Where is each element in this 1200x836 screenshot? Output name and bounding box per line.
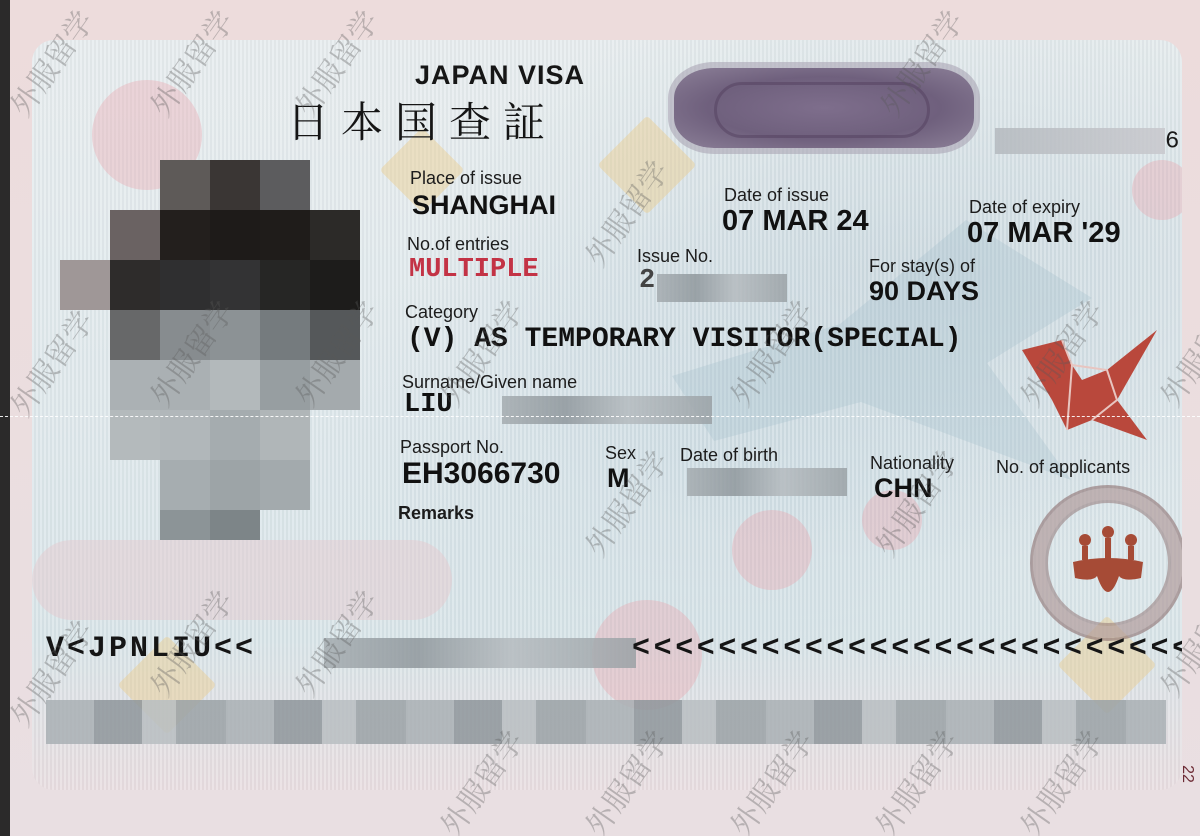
place-of-issue-label: Place of issue bbox=[410, 168, 522, 189]
nationality-value: CHN bbox=[874, 473, 933, 504]
given-name-redacted bbox=[502, 396, 712, 424]
date-of-issue-value: 07 MAR 24 bbox=[722, 205, 869, 238]
issue-no-redacted bbox=[657, 274, 787, 302]
category-label: Category bbox=[405, 302, 478, 323]
issue-no-prefix: 2 bbox=[639, 266, 655, 296]
sakura-pattern bbox=[1132, 160, 1182, 220]
decorative-band bbox=[32, 540, 452, 620]
passport-no-label: Passport No. bbox=[400, 437, 504, 458]
sakura-pattern bbox=[732, 510, 812, 590]
scan-guide-line bbox=[0, 416, 1200, 417]
nationality-label: Nationality bbox=[870, 453, 954, 474]
applicants-label: No. of applicants bbox=[996, 457, 1130, 478]
dob-label: Date of birth bbox=[680, 445, 778, 466]
hologram-emblem bbox=[674, 68, 974, 148]
date-of-expiry-value: 07 MAR '29 bbox=[967, 217, 1121, 250]
stay-value: 90 DAYS bbox=[869, 276, 979, 307]
sex-value: M bbox=[607, 463, 630, 494]
paulownia-crest-icon bbox=[1063, 518, 1153, 608]
page-number: 22 bbox=[1178, 765, 1196, 783]
redacted-visa-number bbox=[995, 128, 1165, 154]
ministry-seal bbox=[1030, 485, 1182, 641]
mrz-line-1-fill: <<<<<<<<<<<<<<<<<<<<<<<<<<<<<< bbox=[632, 632, 1182, 666]
issue-no-label: Issue No. bbox=[637, 246, 713, 267]
category-value: (V) AS TEMPORARY VISITOR(SPECIAL) bbox=[407, 324, 962, 355]
visa-sticker: JAPAN VISA 日本国查証 6 bbox=[32, 40, 1182, 790]
mrz-line-1-redacted bbox=[324, 638, 636, 668]
date-of-issue-label: Date of issue bbox=[724, 185, 829, 206]
remarks-label: Remarks bbox=[398, 503, 474, 524]
origami-crane-icon bbox=[1022, 330, 1162, 460]
entries-label: No.of entries bbox=[407, 234, 509, 255]
sex-label: Sex bbox=[605, 443, 636, 464]
visa-number-suffix: 6 bbox=[1165, 128, 1181, 155]
mrz-line-1-prefix: V<JPNLIU<< bbox=[46, 632, 256, 666]
place-of-issue-value: SHANGHAI bbox=[412, 190, 556, 221]
date-of-expiry-label: Date of expiry bbox=[969, 197, 1080, 218]
entries-value: MULTIPLE bbox=[409, 255, 539, 285]
photo-redacted bbox=[60, 140, 360, 540]
visa-number: 6 bbox=[995, 128, 1181, 155]
visa-title-en: JAPAN VISA bbox=[415, 60, 585, 91]
stay-label: For stay(s) of bbox=[869, 256, 975, 277]
emblem-inner-pattern bbox=[714, 82, 930, 138]
mrz-line-2-redacted bbox=[46, 700, 1166, 744]
passport-no-value: EH3066730 bbox=[402, 457, 560, 491]
dob-redacted bbox=[687, 468, 847, 496]
passport-page: JAPAN VISA 日本国查証 6 bbox=[10, 0, 1200, 836]
